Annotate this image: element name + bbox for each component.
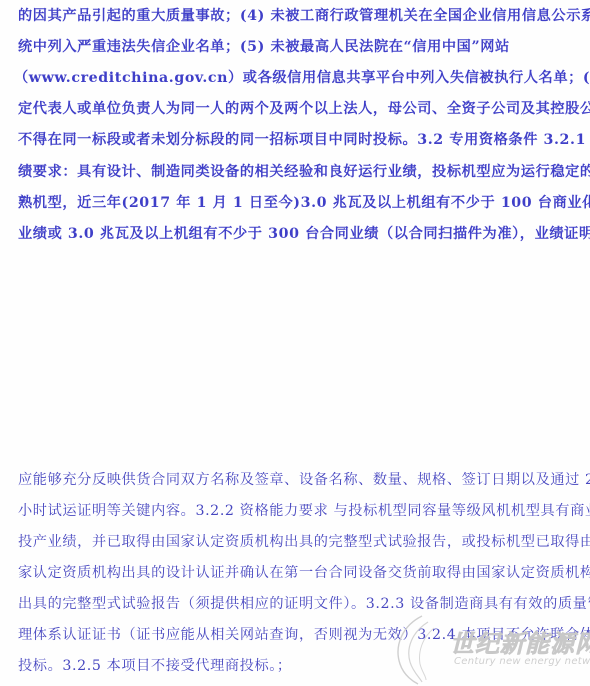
watermark-text-en: Century new energy network (454, 656, 590, 667)
text-line: 家认定资质机构出具的设计认证并确认在第一台合同设备交货前取得由国家认定资质机构 (18, 563, 590, 583)
text-line: 不得在同一标段或者未划分标段的同一招标项目中同时投标。3.2 专用资格条件 3.… (18, 130, 590, 150)
text-line: 投产业绩，并已取得由国家认定资质机构出具的完整型式试验报告，或投标机型已取得由国 (18, 532, 590, 552)
text-line: 出具的完整型式试验报告（须提供相应的证明文件）。3.2.3 设备制造商具有有效的… (18, 594, 590, 614)
text-line: 的因其产品引起的重大质量事故；(4) 未被工商行政管理机关在全国企业信用信息公示… (18, 6, 590, 26)
text-line: 绩要求：具有设计、制造同类设备的相关经验和良好运行业绩，投标机型应为运行稳定的成 (18, 162, 590, 182)
watermark: 世纪新能源网 Century new energy network (388, 612, 588, 686)
text-line: 小时试运证明等关键内容。3.2.2 资格能力要求 与投标机型同容量等级风机机型具… (18, 501, 590, 521)
text-line: 定代表人或单位负责人为同一人的两个及两个以上法人，母公司、全资子公司及其控股公司… (18, 99, 590, 119)
text-line: 业绩或 3.0 兆瓦及以上机组有不少于 300 台合同业绩（以合同扫描件为准），… (18, 224, 590, 244)
text-line: 理体系认证证书（证书应能从相关网站查询，否则视为无效）3.2.4 本项目不允许联… (18, 625, 590, 645)
text-line: 统中列入严重违法失信企业名单；(5) 未被最高人民法院在“信用中国”网站 (18, 37, 510, 57)
text-line: 投标。3.2.5 本项目不接受代理商投标。； (18, 656, 292, 676)
text-line: （www.creditchina.gov.cn）或各级信用信息共享平台中列入失信… (14, 68, 590, 88)
document-page: 的因其产品引起的重大质量事故；(4) 未被工商行政管理机关在全国企业信用信息公示… (0, 0, 590, 686)
flame-swirl-logo-icon (388, 612, 448, 686)
text-line: 应能够充分反映供货合同双方名称及签章、设备名称、数量、规格、签订日期以及通过 2… (18, 470, 590, 490)
text-line: 熟机型，近三年(2017 年 1 月 1 日至今)3.0 兆瓦及以上机组有不少于… (18, 193, 590, 213)
